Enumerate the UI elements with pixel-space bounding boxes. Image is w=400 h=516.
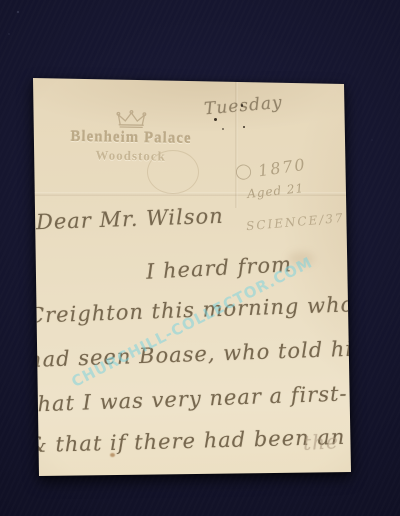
pencil-reference-annotation: SCIENCE/37 xyxy=(246,211,346,234)
ink-speck xyxy=(243,126,245,128)
pencil-circle-mark: ◯ xyxy=(234,161,253,181)
ink-speck xyxy=(214,118,217,121)
coronet-icon xyxy=(114,110,148,129)
letterhead-name: Blenheim Palace xyxy=(56,129,206,149)
letterhead: Blenheim Palace Woodstock xyxy=(56,109,207,166)
body-line: & that if there had been an xyxy=(28,425,346,457)
body-line: that I was very near a first- xyxy=(28,381,348,416)
body-line: had seen Boase, who told him xyxy=(28,336,375,372)
salutation: Dear Mr. Wilson xyxy=(36,204,224,235)
handwritten-date: Tuesday xyxy=(203,93,283,120)
ink-speck xyxy=(222,128,224,130)
paper-shadow-wrap: Blenheim Palace Woodstock Tuesday ◯ 1870… xyxy=(0,0,400,516)
pencil-year-annotation: 1870 xyxy=(257,155,308,181)
body-line: Creighton this morning who xyxy=(28,292,355,327)
letterhead-place: Woodstock xyxy=(56,147,206,166)
pencil-age-annotation: Aged 21 xyxy=(246,181,304,201)
ink-speck xyxy=(241,104,243,107)
faded-edge-word: the xyxy=(302,429,339,455)
letter-photograph: Blenheim Palace Woodstock Tuesday ◯ 1870… xyxy=(0,0,400,516)
letter-paper: Blenheim Palace Woodstock Tuesday ◯ 1870… xyxy=(0,0,400,516)
body-line: I heard from xyxy=(145,252,292,284)
